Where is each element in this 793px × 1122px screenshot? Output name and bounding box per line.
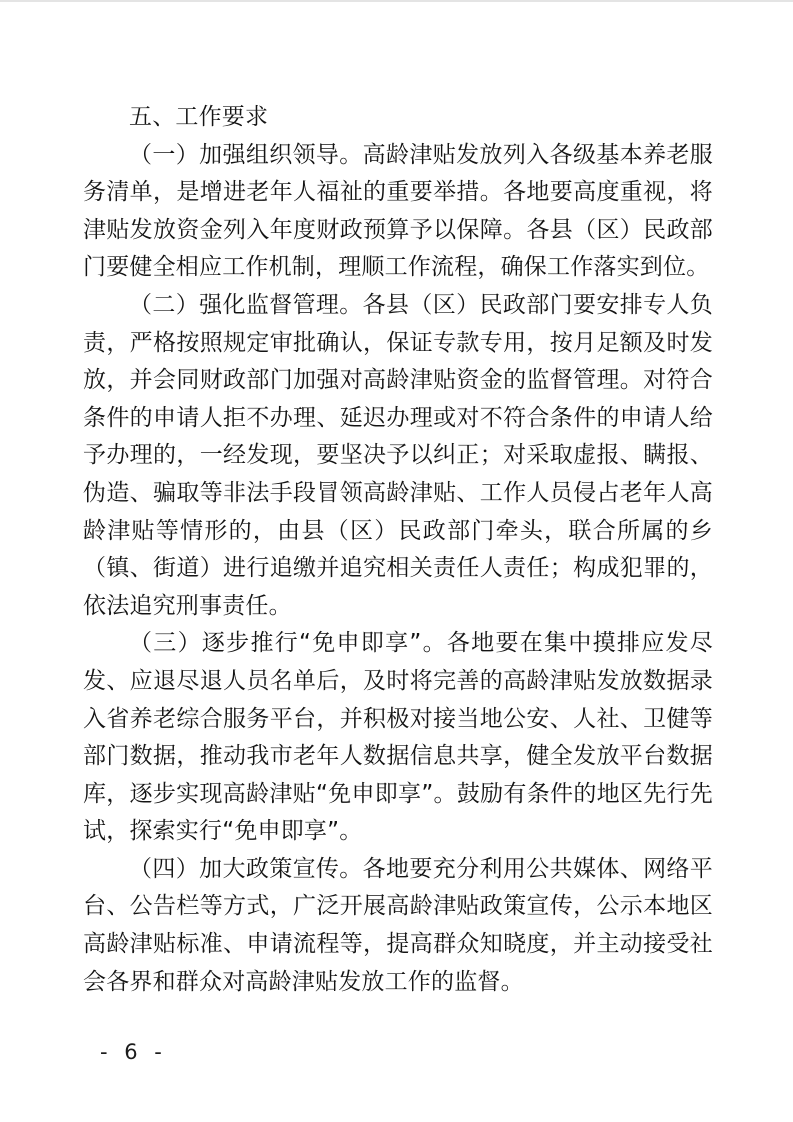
section-heading: 五、工作要求 — [83, 99, 713, 137]
paragraph-2-supervision-management: （二）强化监督管理。各县（区）民政部门要安排专人负责，严格按照规定审批确认，保证… — [83, 287, 713, 625]
scan-edge-line — [0, 0, 793, 2]
page-number: - 6 - — [100, 1040, 167, 1064]
document-body: 五、工作要求 （一）加强组织领导。高龄津贴发放列入各级基本养老服务清单，是增进老… — [83, 99, 713, 1001]
paragraph-1-organizational-leadership: （一）加强组织领导。高龄津贴发放列入各级基本养老服务清单，是增进老年人福祉的重要… — [83, 137, 713, 287]
document-page: 五、工作要求 （一）加强组织领导。高龄津贴发放列入各级基本养老服务清单，是增进老… — [0, 0, 793, 1122]
paragraph-3-exemption-enjoyment: （三）逐步推行“免申即享”。各地要在集中摸排应发尽发、应退尽退人员名单后，及时将… — [83, 625, 713, 851]
paragraph-4-policy-publicity: （四）加大政策宣传。各地要充分利用公共媒体、网络平台、公告栏等方式，广泛开展高龄… — [83, 851, 713, 1001]
